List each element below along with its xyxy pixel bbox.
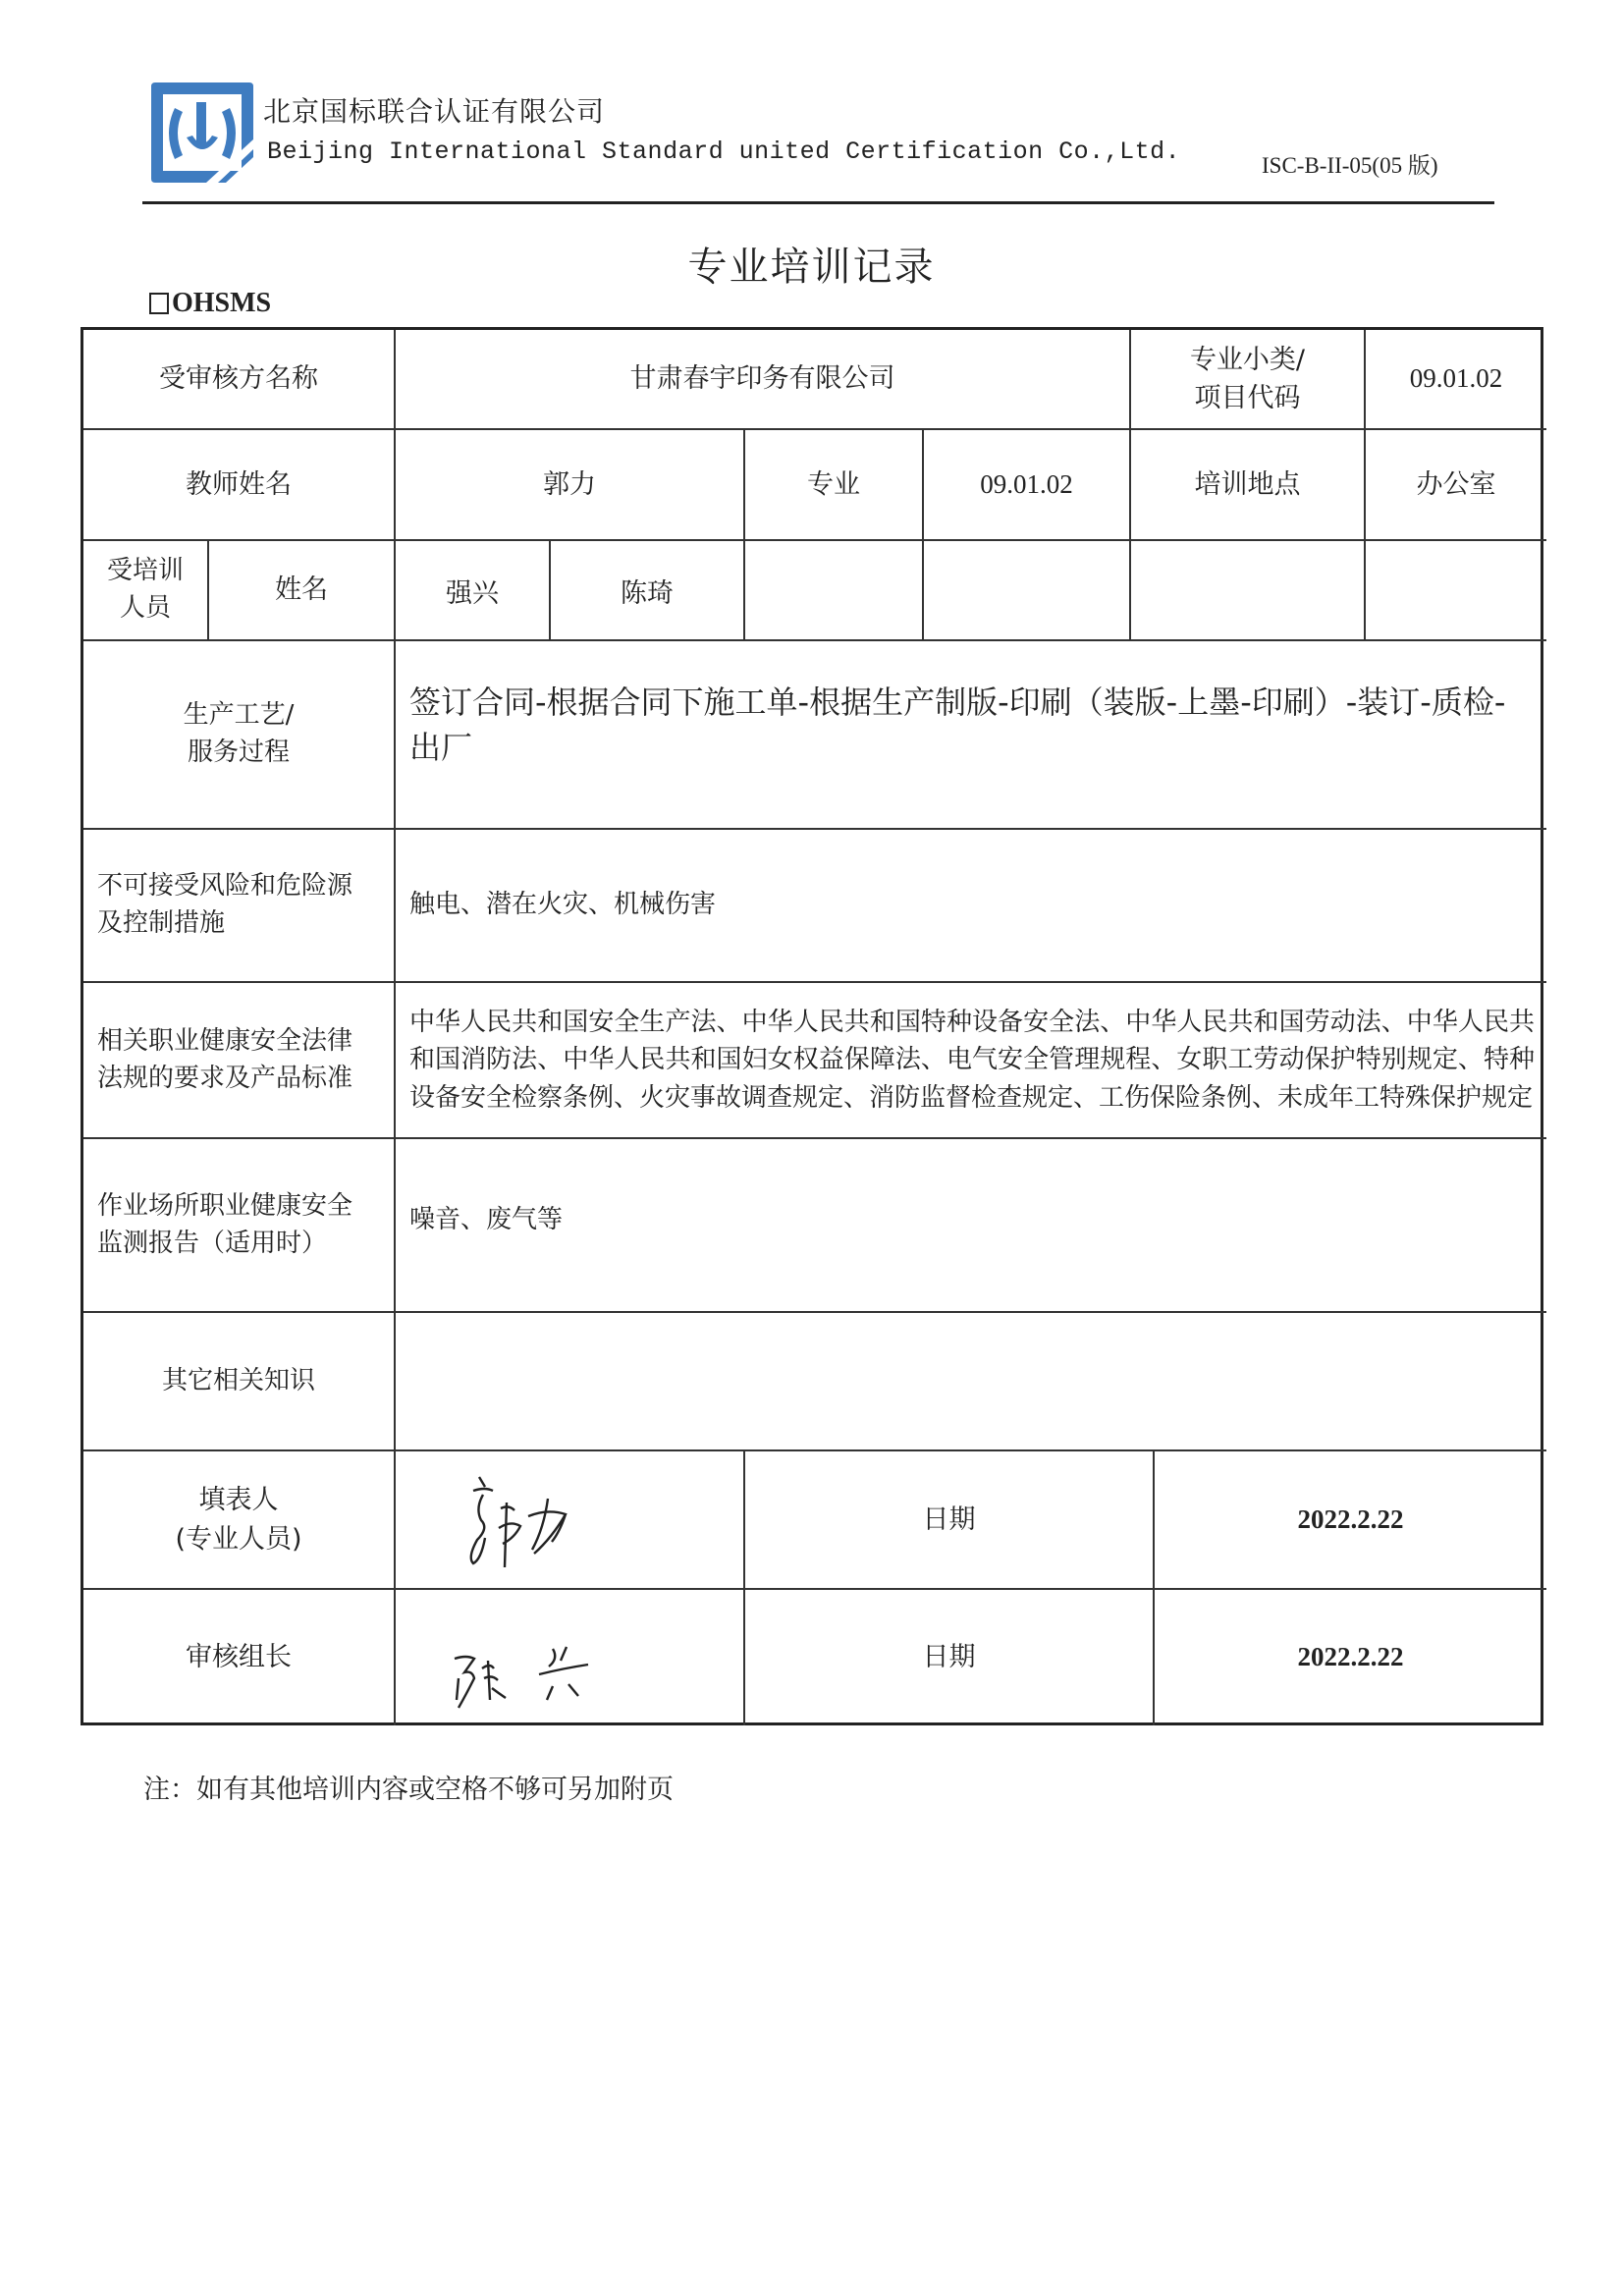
risk-label-line2: 及控制措施 [97, 905, 352, 943]
filler-label-line2: (专业人员) [175, 1520, 301, 1558]
filler-label-line1: 填表人 [199, 1481, 279, 1519]
leader-label-text: 审核组长 [186, 1638, 292, 1676]
laws-label: 相关职业健康安全法律法规的要求及产品标准 [83, 983, 396, 1139]
subcategory-label-line1: 专业小类/ [1190, 341, 1305, 379]
risk-value[interactable]: 触电、潜在火灾、机械伤害 [396, 830, 1546, 983]
laws-value[interactable]: 中华人民共和国安全生产法、中华人民共和国特种设备安全法、中华人民共和国劳动法、中… [396, 983, 1546, 1139]
trainees-name-label: 姓名 [209, 541, 396, 641]
leader-date-value-text: 2022.2.22 [1298, 1638, 1404, 1676]
process-value[interactable]: 签订合同-根据合同下施工单-根据生产制版-印刷（装版-上墨-印刷）-装订-质检-… [396, 641, 1546, 830]
filler-label: 填表人 (专业人员) [83, 1451, 396, 1590]
trainees-name-label-text: 姓名 [275, 571, 328, 609]
leader-date-value[interactable]: 2022.2.22 [1155, 1590, 1546, 1725]
training-record-table: 受审核方名称 甘肃春宇印务有限公司 专业小类/ 项目代码 09.01.02 教师… [81, 327, 1543, 1725]
other-label-text: 其它相关知识 [162, 1363, 315, 1400]
filler-signature [450, 1469, 587, 1577]
filler-date-label: 日期 [745, 1451, 1155, 1590]
trainee-name: 陈琦 [621, 567, 674, 613]
risk-value-text: 触电、潜在火灾、机械伤害 [409, 887, 716, 924]
specialty-value[interactable]: 09.01.02 [924, 430, 1131, 541]
location-label-text: 培训地点 [1195, 465, 1301, 504]
laws-value-text: 中华人民共和国安全生产法、中华人民共和国特种设备安全法、中华人民共和国劳动法、中… [409, 1004, 1535, 1117]
auditee-label-text: 受审核方名称 [159, 359, 318, 398]
leader-date-label-text: 日期 [923, 1638, 976, 1676]
teacher-label-text: 教师姓名 [186, 465, 292, 504]
trainees-label-line2: 人员 [120, 590, 171, 628]
trainee-cell[interactable] [1131, 541, 1366, 641]
specialty-label-text: 专业 [807, 465, 860, 504]
risk-label: 不可接受风险和危险源及控制措施 [83, 830, 396, 983]
teacher-label: 教师姓名 [83, 430, 396, 541]
subcategory-value-text: 09.01.02 [1410, 359, 1503, 398]
location-value-text: 办公室 [1417, 465, 1496, 504]
auditee-label: 受审核方名称 [83, 330, 396, 430]
teacher-value-text: 郭力 [543, 465, 596, 504]
monitoring-value[interactable]: 噪音、废气等 [396, 1139, 1546, 1313]
location-value[interactable]: 办公室 [1366, 430, 1546, 541]
filler-date-value-text: 2022.2.22 [1298, 1501, 1404, 1539]
filler-date-value[interactable]: 2022.2.22 [1155, 1451, 1546, 1590]
trainee-cell[interactable] [924, 541, 1131, 641]
company-logo-icon [147, 79, 257, 187]
company-name-en: Beijing International Standard united Ce… [267, 137, 1180, 166]
location-label: 培训地点 [1131, 430, 1366, 541]
laws-label-line1: 相关职业健康安全法律 [97, 1023, 352, 1061]
process-label-line2: 服务过程 [188, 735, 290, 772]
process-value-text: 签订合同-根据合同下施工单-根据生产制版-印刷（装版-上墨-印刷）-装订-质检-… [409, 680, 1537, 771]
trainee-cell[interactable]: 陈琦 [551, 541, 745, 641]
ohsms-label: OHSMS [172, 288, 271, 319]
specialty-label: 专业 [745, 430, 924, 541]
trainee-cell[interactable]: 强兴 [396, 541, 551, 641]
trainee-name: 强兴 [446, 567, 499, 613]
risk-label-line1: 不可接受风险和危险源 [97, 868, 352, 905]
monitoring-label: 作业场所职业健康安全监测报告（适用时） [83, 1139, 396, 1313]
teacher-value[interactable]: 郭力 [396, 430, 745, 541]
leader-date-label: 日期 [745, 1590, 1155, 1725]
monitoring-value-text: 噪音、废气等 [409, 1202, 563, 1239]
other-label: 其它相关知识 [83, 1313, 396, 1451]
subcategory-value[interactable]: 09.01.02 [1366, 330, 1546, 430]
filler-signature-cell[interactable] [396, 1451, 745, 1590]
ohsms-checkbox-row[interactable]: OHSMS [149, 288, 271, 319]
leader-signature [445, 1639, 602, 1718]
subcategory-label-line2: 项目代码 [1195, 379, 1301, 417]
ohsms-checkbox[interactable] [149, 293, 169, 314]
page-title: 专业培训记录 [0, 236, 1623, 292]
footnote: 注：如有其他培训内容或空格不够可另加附页 [143, 1768, 674, 1806]
leader-label: 审核组长 [83, 1590, 396, 1725]
trainees-label: 受培训 人员 [83, 541, 209, 641]
laws-label-line2: 法规的要求及产品标准 [97, 1061, 352, 1098]
process-label-line1: 生产工艺/ [184, 697, 295, 735]
trainees-label-line1: 受培训 [107, 553, 184, 590]
auditee-value[interactable]: 甘肃春宇印务有限公司 [396, 330, 1131, 430]
specialty-value-text: 09.01.02 [980, 465, 1073, 504]
monitoring-label-line2: 监测报告（适用时） [97, 1226, 352, 1263]
auditee-value-text: 甘肃春宇印务有限公司 [630, 359, 895, 398]
header-divider [142, 201, 1494, 204]
trainee-cell[interactable] [745, 541, 924, 641]
process-label: 生产工艺/ 服务过程 [83, 641, 396, 830]
other-value[interactable] [396, 1313, 1546, 1451]
document-code: ISC-B-II-05(05 版) [1262, 147, 1438, 180]
leader-signature-cell[interactable] [396, 1590, 745, 1725]
monitoring-label-line1: 作业场所职业健康安全 [97, 1188, 352, 1226]
filler-date-label-text: 日期 [923, 1501, 976, 1539]
subcategory-label: 专业小类/ 项目代码 [1131, 330, 1366, 430]
company-name-cn: 北京国标联合认证有限公司 [263, 90, 605, 130]
trainee-cell[interactable] [1366, 541, 1546, 641]
